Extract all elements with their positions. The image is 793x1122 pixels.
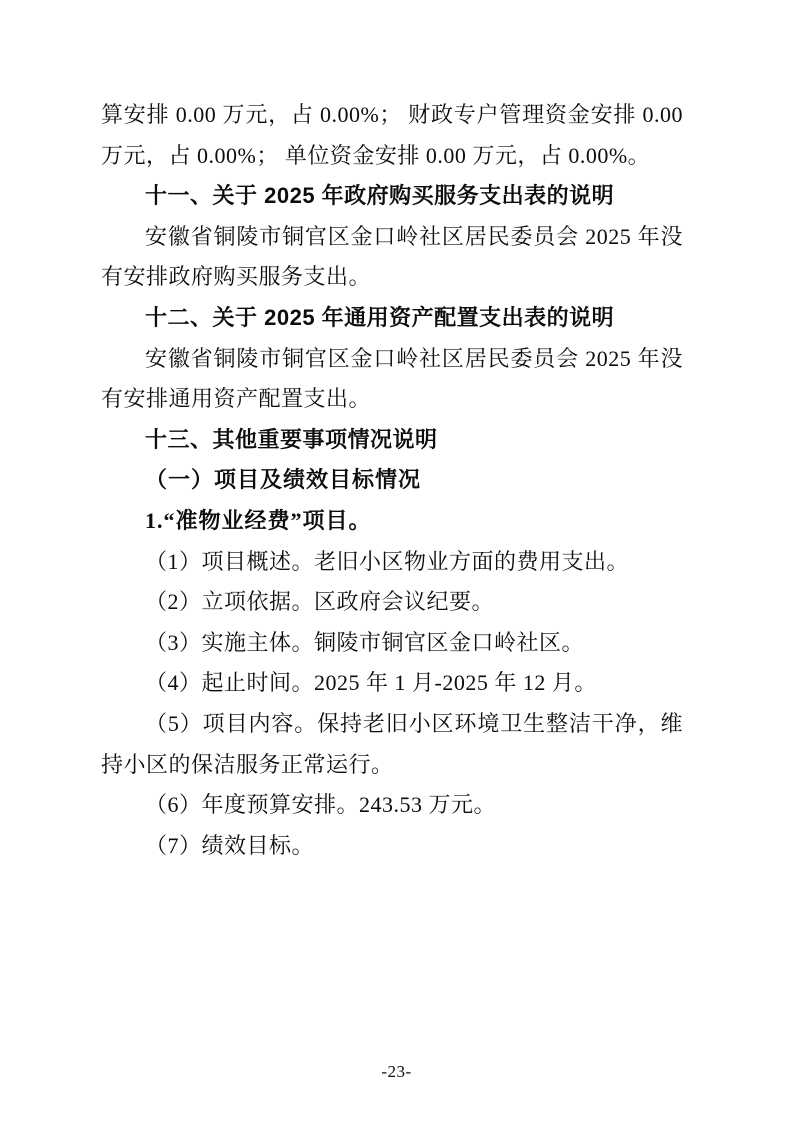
- body-text-line: 安徽省铜陵市铜官区金口岭社区居民委员会 2025 年没: [101, 339, 683, 380]
- body-text-line: 有安排通用资产配置支出。: [101, 379, 683, 420]
- body-text-line: 有安排政府购买服务支出。: [101, 257, 683, 298]
- body-text-line: 万元，占 0.00%； 单位资金安排 0.00 万元，占 0.00%。: [101, 136, 683, 177]
- body-text-line: 持小区的保洁服务正常运行。: [101, 745, 683, 786]
- page-number: -23-: [0, 1058, 793, 1086]
- body-text-line: （6）年度预算安排。243.53 万元。: [101, 785, 683, 826]
- body-text-line: 算安排 0.00 万元，占 0.00%； 财政专户管理资金安排 0.00: [101, 95, 683, 136]
- body-text-line: 安徽省铜陵市铜官区金口岭社区居民委员会 2025 年没: [101, 217, 683, 258]
- body-text-line: （1）项目概述。老旧小区物业方面的费用支出。: [101, 542, 683, 583]
- section-heading-12: 十二、关于 2025 年通用资产配置支出表的说明: [101, 298, 683, 339]
- item-heading: 1.“准物业经费”项目。: [101, 501, 683, 542]
- document-body: 算安排 0.00 万元，占 0.00%； 财政专户管理资金安排 0.00 万元，…: [101, 95, 683, 866]
- section-heading-13: 十三、其他重要事项情况说明: [101, 420, 683, 461]
- body-text-line: （5）项目内容。保持老旧小区环境卫生整洁干净，维: [101, 704, 683, 745]
- document-page: 算安排 0.00 万元，占 0.00%； 财政专户管理资金安排 0.00 万元，…: [0, 0, 793, 1122]
- section-heading-11: 十一、关于 2025 年政府购买服务支出表的说明: [101, 176, 683, 217]
- body-text-line: （2）立项依据。区政府会议纪要。: [101, 582, 683, 623]
- subsection-heading: （一）项目及绩效目标情况: [101, 460, 683, 501]
- body-text-line: （3）实施主体。铜陵市铜官区金口岭社区。: [101, 623, 683, 664]
- body-text-line: （4）起止时间。2025 年 1 月-2025 年 12 月。: [101, 663, 683, 704]
- body-text-line: （7）绩效目标。: [101, 826, 683, 867]
